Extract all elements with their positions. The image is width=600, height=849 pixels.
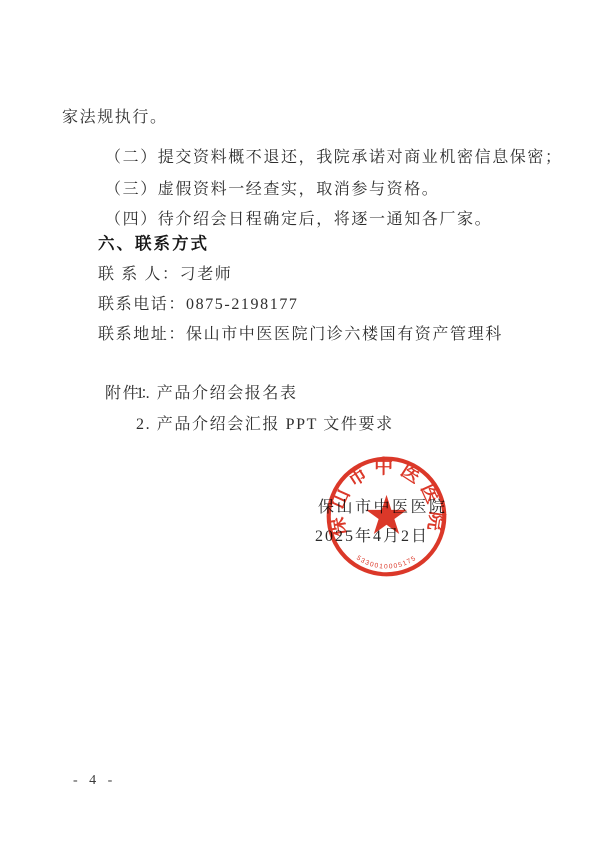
section-heading-contact: 六、联系方式 [98, 236, 209, 253]
body-list-item-2: （二）提交资料概不退还，我院承诺对商业机密信息保密； [105, 150, 563, 166]
page-number: - 4 - [73, 774, 116, 788]
document-page: 家法规执行。 （二）提交资料概不退还，我院承诺对商业机密信息保密； （三）虚假资… [0, 0, 600, 849]
body-opening-line: 家法规执行。 [62, 110, 168, 126]
body-list-item-4: （四）待介绍会日程确定后，将逐一通知各厂家。 [105, 212, 492, 228]
contact-person-line: 联 系 人：刁老师 [98, 267, 232, 283]
contact-address-line: 联系地址：保山市中医医院门诊六楼国有资产管理科 [98, 327, 503, 343]
official-seal-graphic: 保山市中医医院 5330010005175 [323, 453, 450, 580]
attachment-item-2: 2. 产品介绍会汇报 PPT 文件要求 [136, 417, 394, 433]
official-seal: 保山市中医医院 5330010005175 [323, 453, 450, 580]
attachment-item-1: 1. 产品介绍会报名表 [136, 386, 298, 402]
body-list-item-3: （三）虚假资料一经查实，取消参与资格。 [105, 182, 439, 198]
contact-phone-line: 联系电话：0875-2198177 [98, 297, 299, 313]
star-icon [366, 495, 407, 534]
